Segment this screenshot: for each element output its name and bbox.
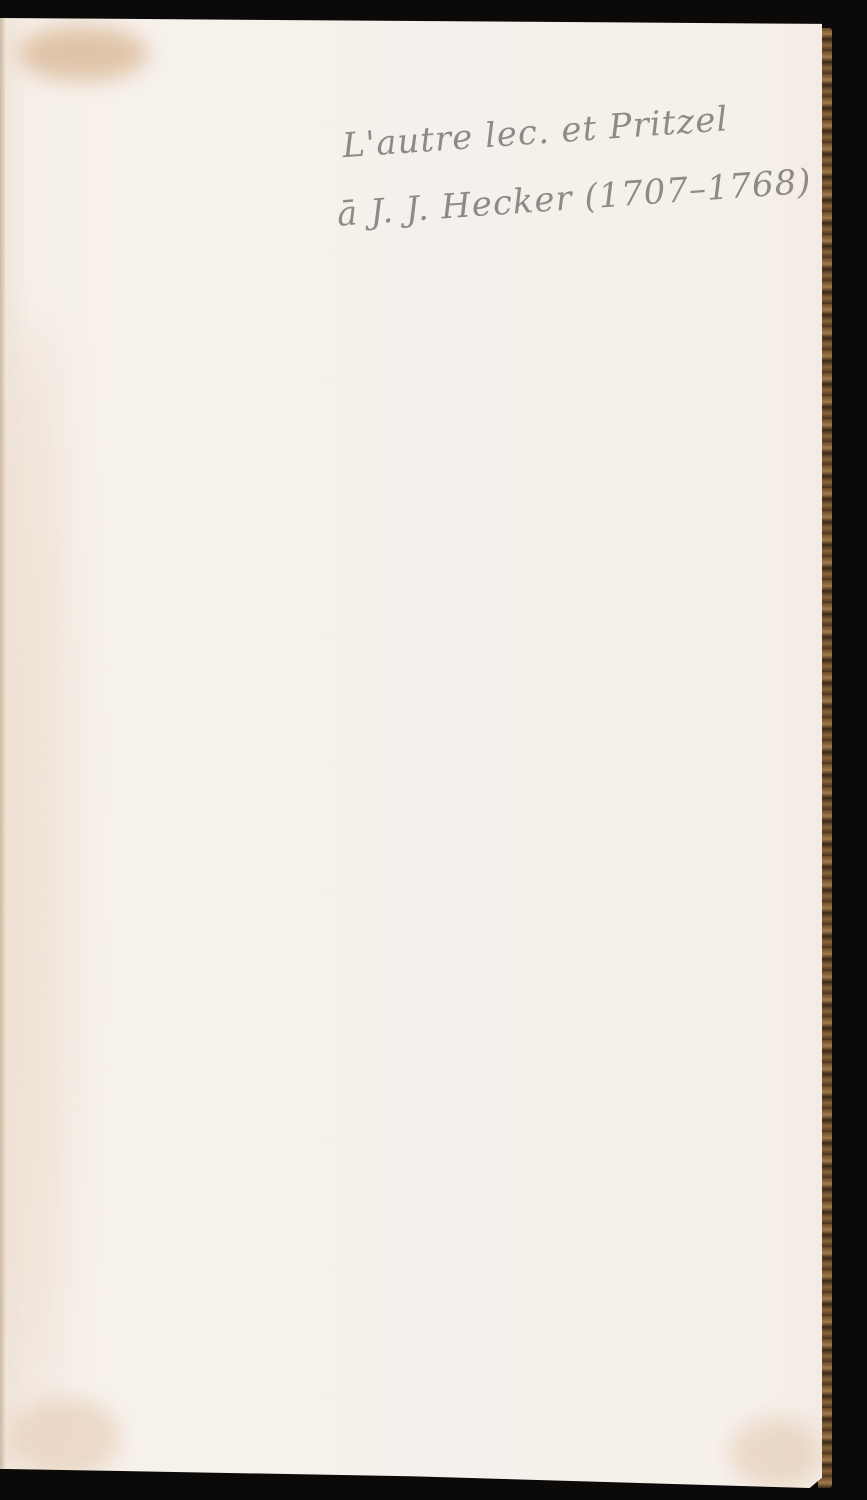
- water-stain-top-left: [18, 26, 148, 81]
- foxing-bottom-left: [10, 1398, 120, 1478]
- foxing-bottom-right: [730, 1418, 820, 1488]
- flyleaf-page: L'autre lec. et Pritzel ā J. J. Hecker (…: [0, 18, 822, 1488]
- paper-discoloration: [0, 318, 70, 1418]
- handwritten-pencil-note: L'autre lec. et Pritzel ā J. J. Hecker (…: [330, 80, 818, 249]
